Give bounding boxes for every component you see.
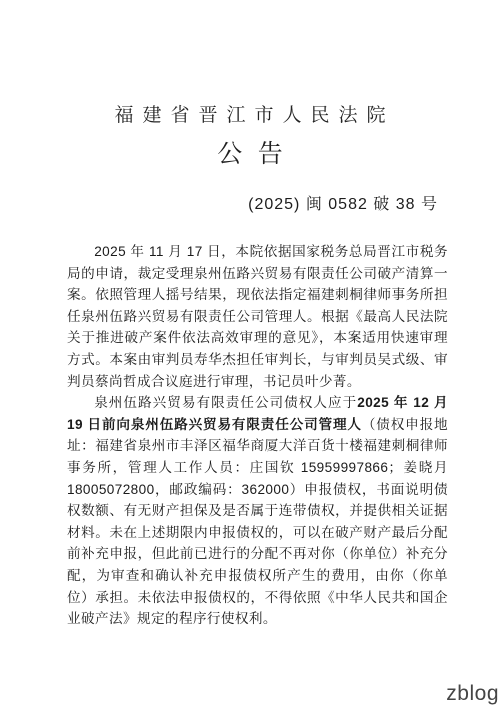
case-number: (2025) 闽 0582 破 38 号 xyxy=(0,195,500,214)
watermark-zblog: zblog xyxy=(446,683,499,705)
claim-paragraph-lead: 泉州伍路兴贸易有限责任公司债权人应于 xyxy=(94,395,357,410)
court-announcement-document: 福建省晋江市人民法院 公告 (2025) 闽 0582 破 38 号 2025 … xyxy=(0,0,500,707)
document-title: 公告 xyxy=(0,141,500,169)
announcement-body: 2025 年 11 月 17 日，本院依据国家税务总局晋江市税务局的申请，裁定受… xyxy=(67,241,448,630)
paragraph-claim-declaration: 泉州伍路兴贸易有限责任公司债权人应于2025 年 12 月 19 日前向泉州伍路… xyxy=(67,392,448,630)
claim-paragraph-rest: （债权申报地址：福建省泉州市丰泽区福华商厦大洋百货十楼福建刺桐律师事务所，管理人… xyxy=(67,417,448,626)
court-name: 福建省晋江市人民法院 xyxy=(0,105,500,127)
paragraph-case-acceptance: 2025 年 11 月 17 日，本院依据国家税务总局晋江市税务局的申请，裁定受… xyxy=(67,241,448,392)
